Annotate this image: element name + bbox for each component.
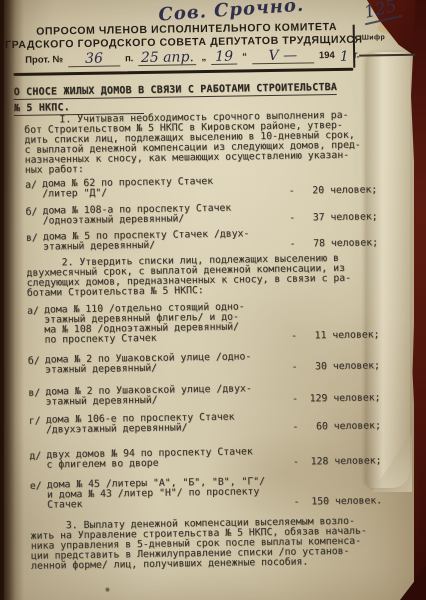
protocol-month-blank: V — (252, 43, 314, 64)
year-printed: 194 (319, 50, 335, 63)
protocol-day: 19 (215, 51, 233, 64)
list-item: е/ дома № 45 /литеры "А", "Б", "В", "Г"/… (30, 475, 382, 512)
item-marker: е/ (30, 481, 42, 492)
cipher-label: Шифр (362, 34, 385, 41)
item-count: - 129 человек; (292, 392, 381, 404)
item-text: дома № 108-а по проспекту Стачек /одноэт… (42, 204, 231, 227)
protocol-line: Прот. № 36 п. 25 апр. „ 19 “ V — 194 1 г… (25, 45, 359, 68)
protocol-item: 25 апр. (141, 51, 194, 65)
protocol-day-blank: 19 (211, 45, 237, 65)
item-marker: а/ (25, 180, 37, 191)
protocol-label: Прот. № (25, 54, 63, 68)
book-gutter-shadow (0, 0, 24, 600)
document-content: Сов. Срочно. 125 ОПРОСОМ ЧЛЕНОВ ИСПОЛНИТ… (0, 0, 419, 600)
item-text: дома № 110 /отдельно стоящий одно- этажн… (44, 302, 245, 345)
item-count: - 128 человек; (293, 455, 382, 467)
item-marker: д/ (29, 451, 41, 462)
list-item: а/ дома № 62 по проспекту Стачек /литер … (25, 174, 377, 201)
year-written: 1 (340, 51, 349, 64)
paragraph-1: I. Учитывая необходимость срочного выпол… (24, 111, 361, 176)
list-item: б/ дома № 108-а по проспекту Стачек /одн… (25, 201, 377, 228)
protocol-number: 36 (85, 53, 103, 66)
item-text: дома № 2 по Ушаковской улице /одно- этаж… (45, 352, 252, 375)
item-count: - 78 человек; (290, 237, 379, 249)
list-item: г/ дома № 106-е по проспекту Стачек /дву… (29, 410, 381, 437)
document-title-line1: О СНОСЕ ЖИЛЫХ ДОМОВ В СВЯЗИ С РАБОТАМИ С… (14, 82, 338, 100)
item-marker: в/ (28, 388, 40, 399)
quote-close: “ (242, 51, 247, 64)
item-text: дома № 45 /литеры "А", "Б", "В", "Г"/ и … (47, 477, 266, 510)
item-count: - 150 человек. (294, 495, 383, 507)
item-count: - 20 человек; (289, 184, 378, 196)
paragraph-2: 2. Утвердить списки лиц, подлежащих высе… (26, 254, 351, 299)
handwritten-page-number: 125 (360, 0, 402, 25)
ink-dot (105, 588, 109, 592)
paragraph-3: 3. Выплату денежной компенсации выселяем… (30, 517, 367, 572)
list-item: б/ дома № 2 по Ушаковской улице /одно- э… (28, 350, 380, 377)
year-suffix: г. (354, 50, 360, 63)
list-item: а/ дома № 110 /отдельно стоящий одно- эт… (27, 300, 380, 346)
item-count: - 60 человек; (292, 420, 381, 432)
item-count: - 30 человек; (291, 360, 380, 372)
list-item: в/ дома № 2 по Ушаковской улице /двух- э… (28, 382, 380, 409)
protocol-item-label: п. (125, 53, 134, 66)
item-text: двух домов № 94 по проспекту Стачек с фл… (46, 447, 253, 470)
protocol-item-blank: 25 апр. (138, 45, 196, 66)
item-marker: б/ (28, 356, 40, 367)
item-marker: б/ (25, 207, 37, 218)
list-item: в/ дома № 5 по проспекту Стачек /двух- э… (26, 227, 378, 254)
cipher-blank-line (359, 54, 415, 56)
item-marker: в/ (26, 233, 38, 244)
item-text: дома № 106-е по проспекту Стачек /двухэт… (46, 413, 235, 436)
item-marker: а/ (27, 306, 39, 317)
item-text: дома № 5 по проспекту Стачек /двух- этаж… (43, 229, 250, 252)
item-marker: г/ (29, 416, 41, 427)
item-text: дома № 62 по проспекту Стачек /литер "Д"… (42, 177, 213, 199)
protocol-number-blank: 36 (68, 46, 120, 67)
quote-open: „ (201, 52, 206, 65)
item-text: дома № 2 по Ушаковской улице /двух- этаж… (45, 384, 252, 407)
protocol-month: V — (269, 50, 298, 63)
letterhead-rule (13, 68, 353, 76)
item-count: - 11 человек; (291, 329, 380, 341)
item-count: - 37 человек; (289, 211, 378, 223)
